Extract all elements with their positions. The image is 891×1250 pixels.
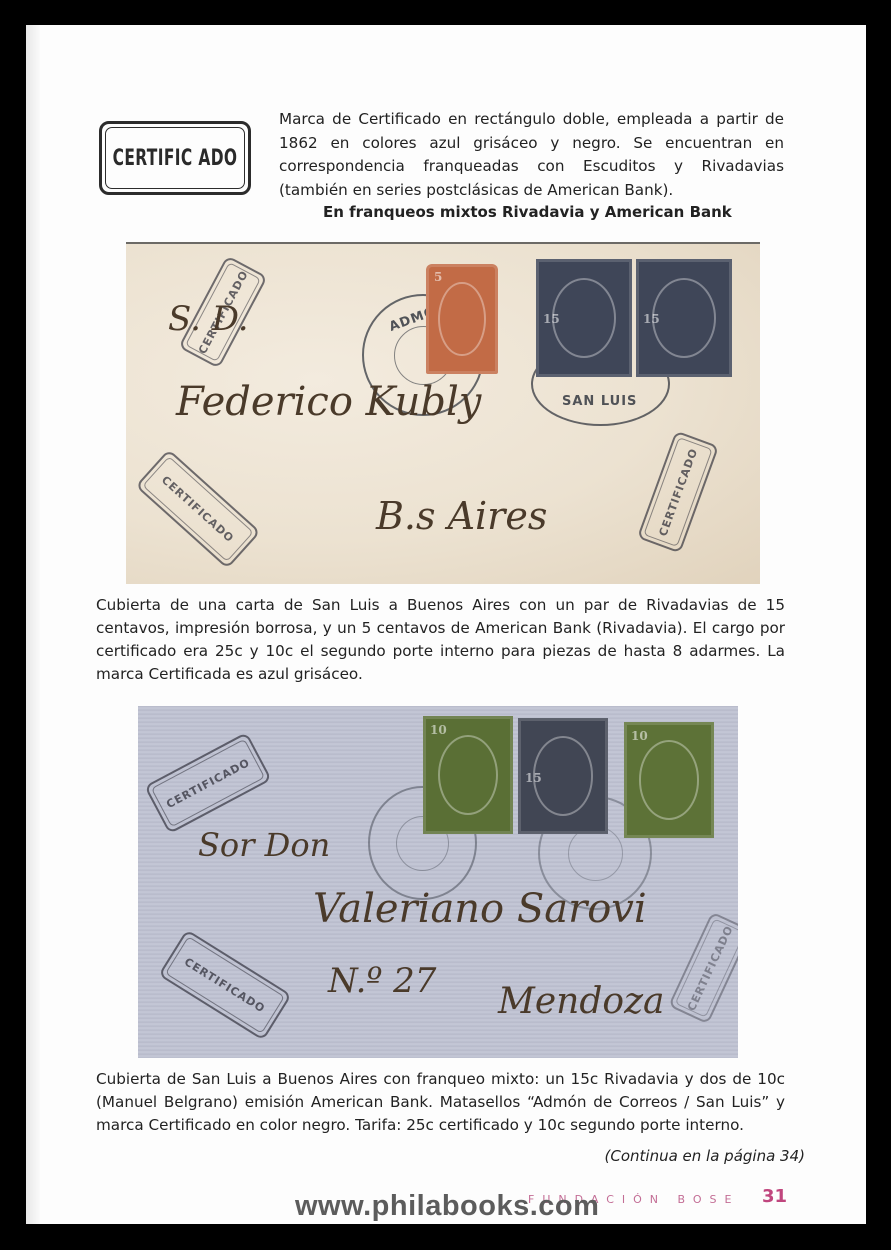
stamp-5c-red: 5 [426, 264, 498, 374]
caption-cover-2: Cubierta de San Luis a Buenos Aires con … [96, 1068, 785, 1137]
handwritten-destination: B.s Aires [376, 494, 547, 538]
handwritten-destination: Mendoza [498, 981, 665, 1022]
stamp-15c-dark: 15 [518, 718, 608, 834]
intro-paragraph: Marca de Certificado en rectángulo doble… [279, 108, 784, 202]
certificado-mark: CERTIFICADO [158, 929, 292, 1041]
stamp-15c-blue: 15 [636, 259, 732, 377]
continued-note: (Continua en la página 34) [605, 1147, 805, 1165]
section-subheading: En franqueos mixtos Rivadavia y American… [323, 203, 732, 221]
certificado-mark: CERTIFICADO [668, 912, 738, 1025]
certificado-mark: CERTIFICADO [135, 449, 261, 569]
watermark-url: www.philabooks.com [295, 1190, 599, 1223]
handwritten-number: N.º 27 [328, 961, 436, 1001]
certificado-mark: CERTIFICADO [637, 431, 719, 554]
cover-photo-2: CERTIFICADO CERTIFICADO CERTIFICADO 10 1… [138, 706, 738, 1058]
handwritten-addressee: Valeriano Sarovi [313, 886, 647, 932]
stamp-10c-green: 10 [624, 722, 714, 838]
page-gutter [26, 25, 40, 1224]
page-number: 31 [762, 1186, 787, 1207]
caption-cover-1: Cubierta de una carta de San Luis a Buen… [96, 594, 785, 686]
cover-photo-1: CERTIFICADO CERTIFICADO CERTIFICADO ADMO… [126, 242, 760, 584]
postmark-text: SAN LUIS [562, 394, 637, 409]
handwritten-salutation: Sor Don [198, 826, 330, 864]
certificado-mark-illustration: CERTIFIC ADO [99, 121, 251, 195]
handwritten-addressee: Federico Kubly [176, 379, 481, 425]
stamp-15c-blue: 15 [536, 259, 632, 377]
certificado-mark-label: CERTIFIC ADO [113, 146, 238, 171]
certificado-mark: CERTIFICADO [144, 732, 272, 834]
handwritten-salutation: S. D. [168, 299, 249, 339]
stamp-10c-green: 10 [423, 716, 513, 834]
